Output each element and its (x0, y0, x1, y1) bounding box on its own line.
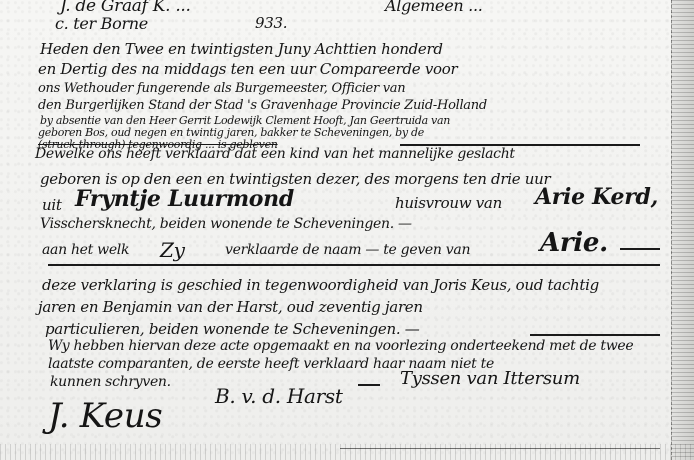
body-line-7: Dewelke ons heeft verklaard dat een kind… (35, 146, 515, 162)
father-name: Arie Kerd, (535, 184, 658, 210)
witness-line-1: deze verklaring is geschied in tegenwoor… (42, 276, 599, 294)
body-line-1: Heden den Twee en twintigsten Juny Achtt… (40, 40, 443, 58)
mother-prefix: uit (42, 196, 62, 214)
margin-note-right: Algemeen ... (385, 0, 483, 15)
scan-edge (671, 0, 694, 460)
scan-noise (0, 444, 694, 460)
signature-dash (358, 384, 380, 386)
margin-note-born: c. ter Borne (55, 14, 148, 33)
naming-pronoun: Zy (160, 238, 185, 262)
scanned-document-page: J. de Graaf K. ... c. ter Borne 933. Alg… (0, 0, 694, 460)
body-line-2: en Dertig des na middags ten een uur Com… (38, 60, 457, 78)
naming-prefix: aan het welk (42, 242, 129, 258)
record-number: 933. (255, 14, 287, 32)
signature-witness-1: J. Keus (48, 396, 162, 436)
closing-line-1: Wy hebben hiervan deze acte opgemaakt en… (48, 338, 633, 354)
signature-witness-2: B. v. d. Harst (215, 384, 343, 408)
naming-middle: verklaarde de naam — te geven van (225, 242, 470, 258)
closing-line-3: kunnen schryven. (50, 374, 171, 390)
body-line-4: den Burgerlijken Stand der Stad 's Grave… (38, 98, 487, 113)
section-divider (48, 264, 660, 266)
body-line-3: ons Wethouder fungerende als Burgemeeste… (38, 81, 405, 96)
child-name: Arie. (540, 228, 608, 258)
witness-line-2: jaren en Benjamin van der Harst, oud zev… (38, 298, 423, 316)
mother-name: Fryntje Luurmond (75, 186, 294, 212)
mother-middle: huisvrouw van (395, 194, 502, 212)
mother-line-cont: Visschersknecht, beiden wonende te Schev… (40, 216, 412, 232)
fill-rule (620, 248, 660, 250)
signature-registrar: Tyssen van Ittersum (400, 368, 580, 389)
witness-line-3: particulieren, beiden wonende te Scheven… (45, 320, 419, 338)
fill-rule (530, 334, 660, 336)
